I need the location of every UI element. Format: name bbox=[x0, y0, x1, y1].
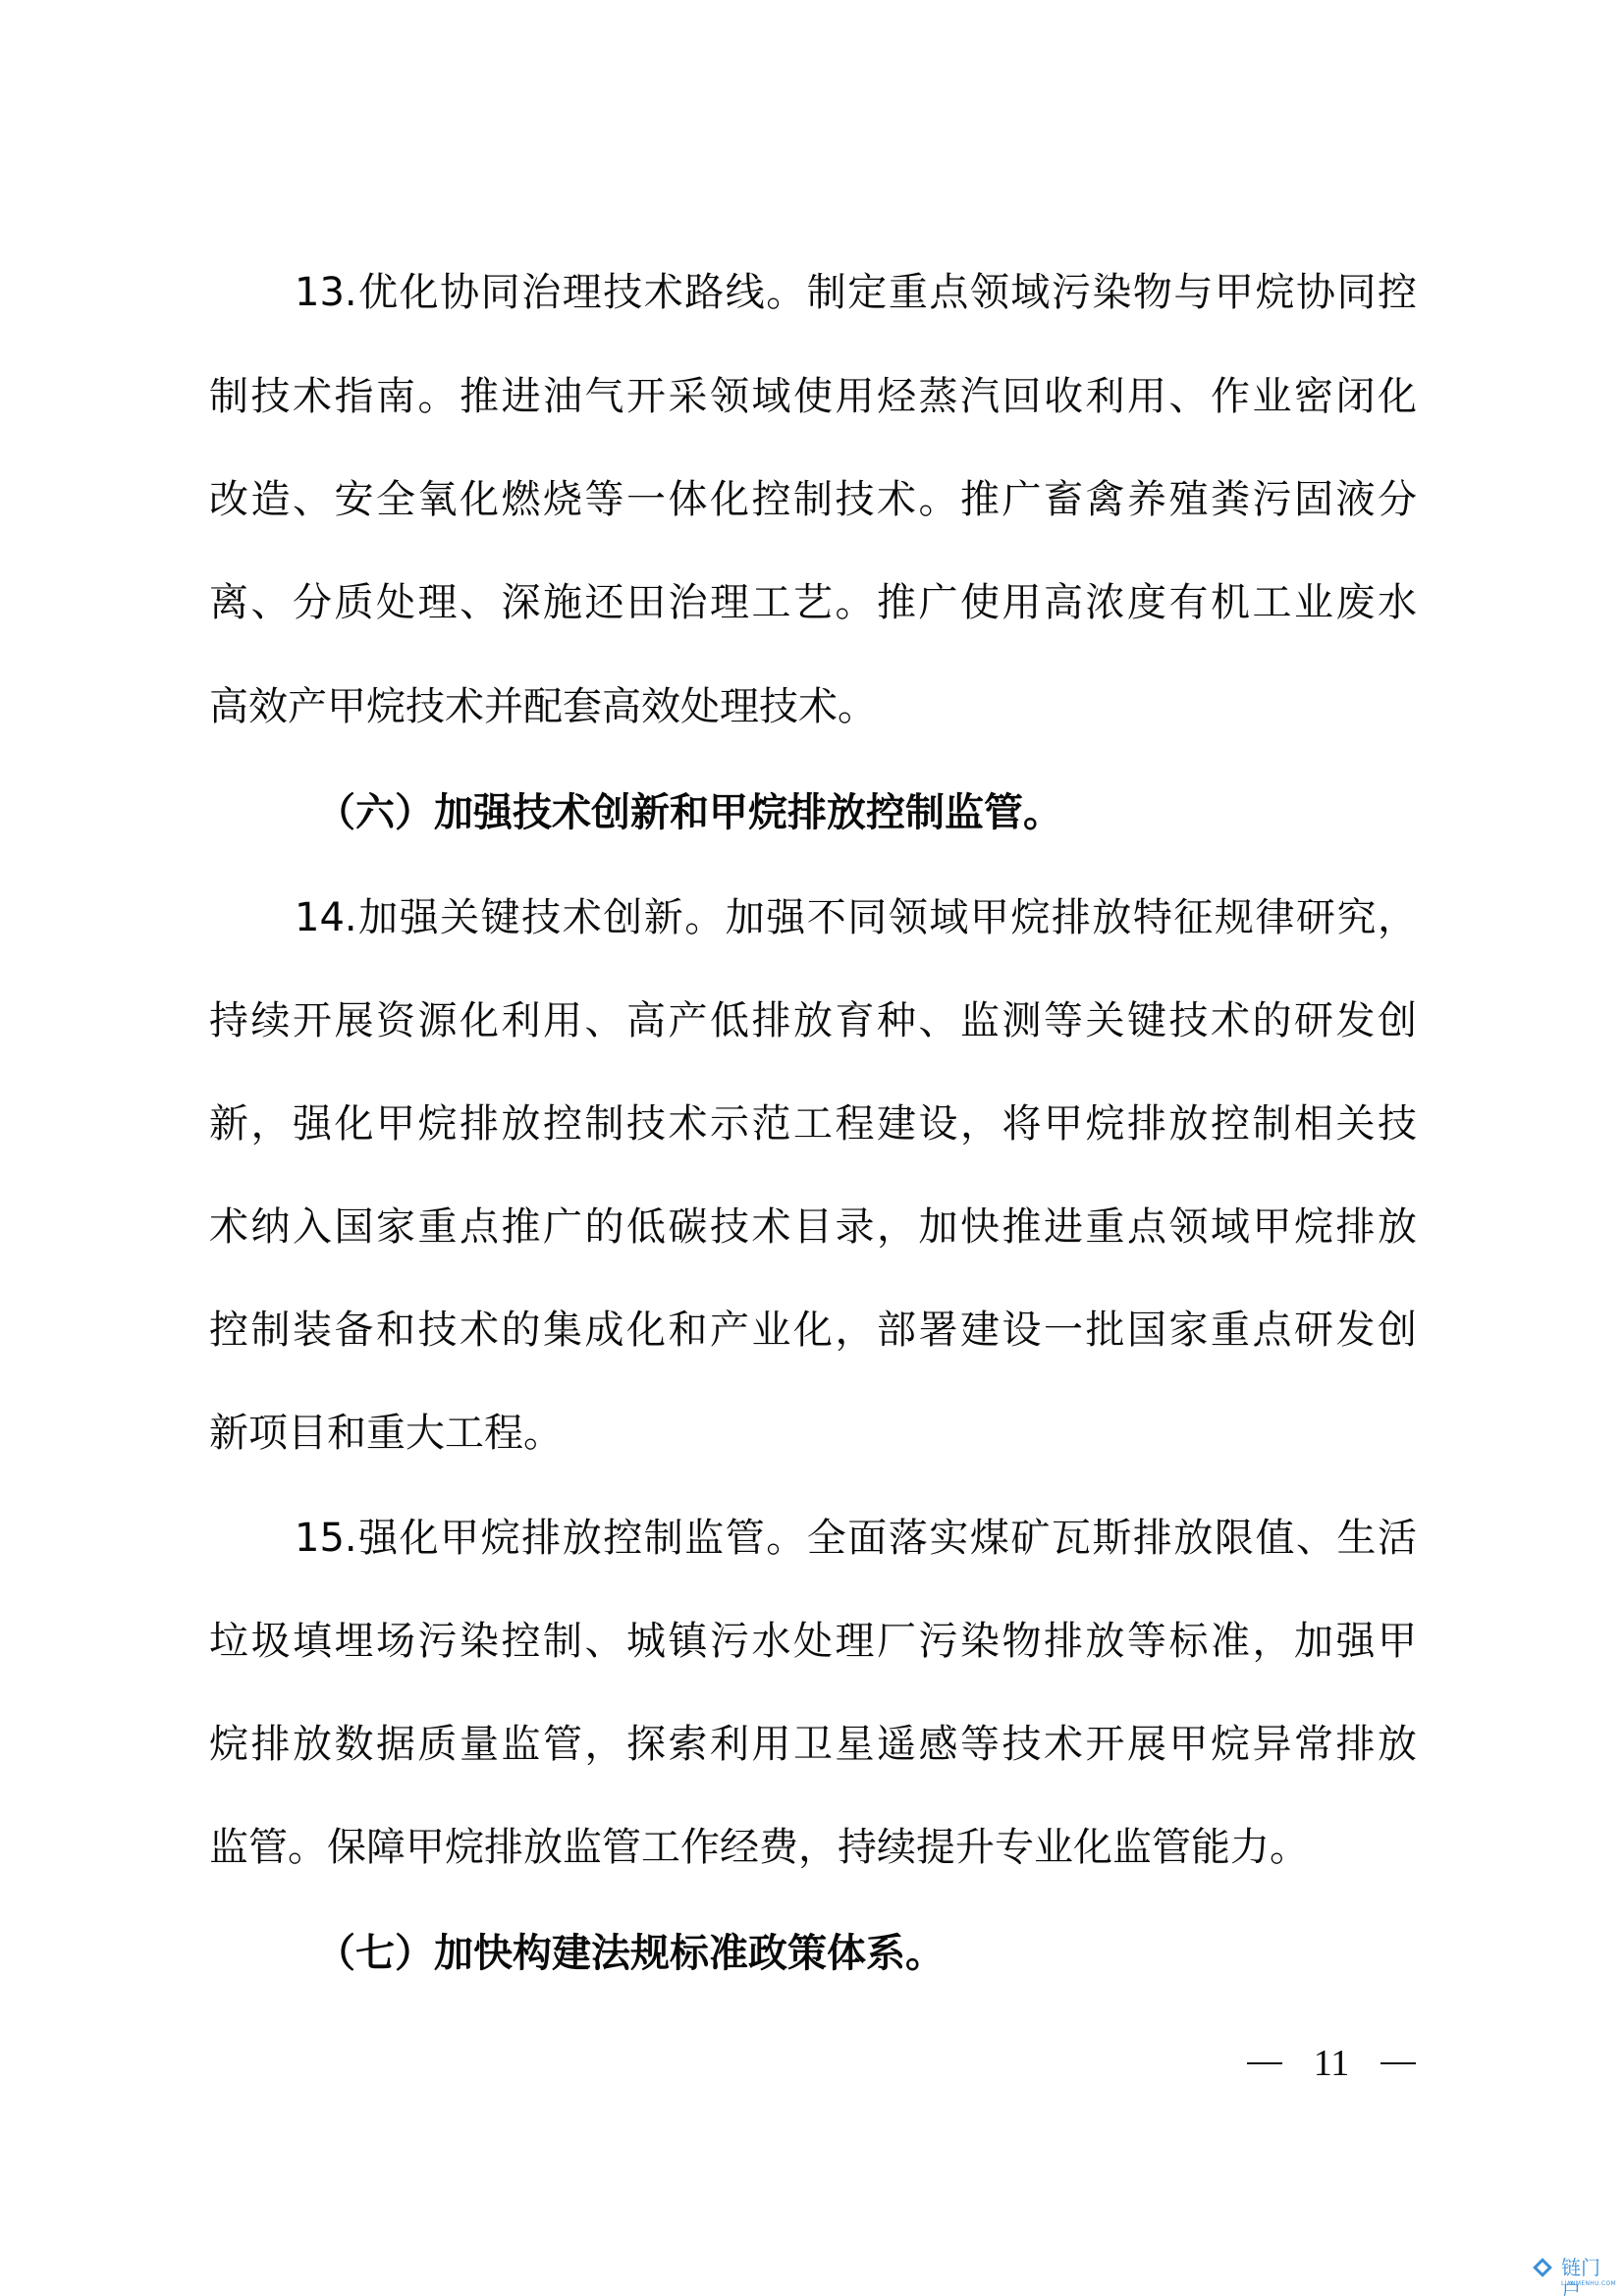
paragraph-14-line-3: 新，强化甲烷排放控制技术示范工程建设，将甲烷排放控制相关技 bbox=[209, 1095, 1417, 1153]
paragraph-15-line-4: 监管。保障甲烷排放监管工作经费，持续提升专业化监管能力。 bbox=[209, 1818, 1417, 1877]
paragraph-13-line-2: 制技术指南。推进油气开采领域使用烃蒸汽回收利用、作业密闭化 bbox=[209, 367, 1417, 426]
watermark-url: LIANMENHU.COM bbox=[1561, 2280, 1616, 2288]
page-number: 11 bbox=[1247, 2042, 1416, 2085]
paragraph-14-line-6: 新项目和重大工程。 bbox=[209, 1404, 1417, 1463]
page-number-right-dash bbox=[1380, 2062, 1416, 2064]
page-number-value: 11 bbox=[1314, 2042, 1350, 2085]
paragraph-14-line-1: 14.加强关键技术创新。加强不同领域甲烷排放特征规律研究， bbox=[295, 888, 1417, 947]
paragraph-13-line-3: 改造、安全氧化燃烧等一体化控制技术。推广畜禽养殖粪污固液分 bbox=[209, 470, 1417, 529]
paragraph-15-line-2: 垃圾填埋场污染控制、城镇污水处理厂污染物排放等标准，加强甲 bbox=[209, 1612, 1417, 1671]
paragraph-14-line-2: 持续开展资源化利用、高产低排放育种、监测等关键技术的研发创 bbox=[209, 991, 1417, 1050]
paragraph-15-line-3: 烷排放数据质量监管，探索利用卫星遥感等技术开展甲烷异常排放 bbox=[209, 1715, 1417, 1774]
section-heading-6: （六）加强技术创新和甲烷排放控制监管。 bbox=[316, 783, 1062, 842]
document-page: 13.优化协同治理技术路线。制定重点领域污染物与甲烷协同控 制技术指南。推进油气… bbox=[0, 0, 1624, 2296]
watermark-logo: 链门户 LIANMENHU.COM bbox=[1534, 2256, 1618, 2291]
section-heading-7: （七）加快构建法规标准政策体系。 bbox=[316, 1924, 945, 1983]
paragraph-14-line-5: 控制装备和技术的集成化和产业化，部署建设一批国家重点研发创 bbox=[209, 1301, 1417, 1360]
paragraph-13-line-5: 高效产甲烷技术并配套高效处理技术。 bbox=[209, 677, 1417, 736]
paragraph-14-line-4: 术纳入国家重点推广的低碳技术目录，加快推进重点领域甲烷排放 bbox=[209, 1198, 1417, 1256]
diamond-logo-icon bbox=[1533, 2258, 1552, 2277]
watermark-name: 链门户 bbox=[1561, 2256, 1618, 2296]
paragraph-13-line-1: 13.优化协同治理技术路线。制定重点领域污染物与甲烷协同控 bbox=[295, 263, 1417, 322]
paragraph-15-line-1: 15.强化甲烷排放控制监管。全面落实煤矿瓦斯排放限值、生活 bbox=[295, 1509, 1417, 1568]
paragraph-13-line-4: 离、分质处理、深施还田治理工艺。推广使用高浓度有机工业废水 bbox=[209, 573, 1417, 632]
page-number-left-dash bbox=[1247, 2062, 1282, 2064]
